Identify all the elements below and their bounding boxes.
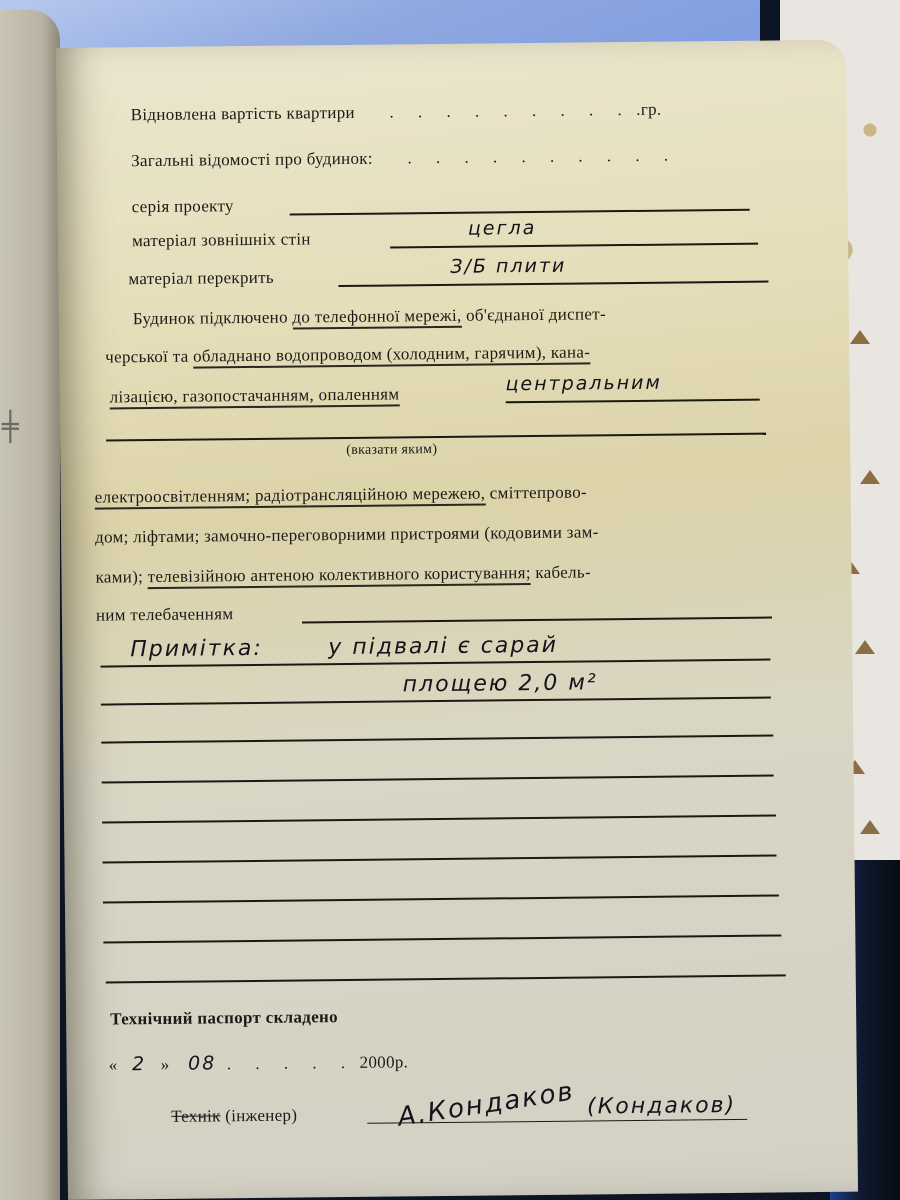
restored-value-label: Відновлена вартість квартири <box>131 103 355 124</box>
hint-text: (вказати яким) <box>346 442 437 458</box>
note-line-4[interactable] <box>102 775 774 784</box>
utilities-text: об'єднаної диспет- <box>461 304 606 325</box>
underlined-telephone: до телефонної мережі, <box>292 306 461 330</box>
signer-name: (Кондаков) <box>587 1093 736 1120</box>
pattern-triangle <box>850 330 870 344</box>
wall-material-value: цегла <box>468 217 537 240</box>
note-line-9[interactable] <box>106 974 786 983</box>
pencil-mark: ╪ <box>2 410 19 443</box>
pattern-triangle <box>855 640 875 654</box>
date-month: 08 <box>188 1052 216 1074</box>
note-line-6[interactable] <box>103 854 777 863</box>
project-series-label: серія проекту <box>132 196 234 216</box>
underlined-water: обладнано водопроводом (холодним, гарячи… <box>193 343 546 369</box>
utilities-text: сміттепрово- <box>485 482 587 502</box>
utilities-line-4: електроосвітленням; радіотрансляційною м… <box>95 480 851 508</box>
note-label: Примітка: <box>130 636 263 662</box>
underlined-tv-antenna: телевізійною антеною колективного корист… <box>148 563 531 589</box>
utilities-text: Будинок підключено <box>133 308 293 329</box>
utilities-line-1: Будинок підключено до телефонної мережі,… <box>133 302 849 329</box>
utilities-text: дом; ліфтами; замочно-переговорними прис… <box>95 522 599 546</box>
restored-value-row: Відновлена вартість квартири . . . . . .… <box>131 98 847 125</box>
utilities-line-5: дом; ліфтами; замочно-переговорними прис… <box>95 520 851 548</box>
date-quote-open: « <box>109 1055 118 1074</box>
compiled-label: Технічний паспорт складено <box>110 1007 338 1028</box>
floor-material-value: З/Б плити <box>450 255 566 278</box>
note-line-5[interactable] <box>102 815 776 824</box>
year-suffix: р. <box>395 1052 409 1071</box>
role-struck: Технік <box>171 1106 221 1126</box>
date-quote-close: » <box>161 1055 170 1074</box>
underlined-gas-heating: лізацією, газопостачанням, опаленням <box>110 384 400 409</box>
general-info-label: Загальні відомості про будинок: <box>131 149 373 171</box>
left-page-edge: ╪ <box>0 10 60 1200</box>
underlined-electricity-radio: електроосвітленням; радіотрансляційною м… <box>95 484 486 510</box>
utilities-line-6: ками); телевізійною антеною колективного… <box>95 560 851 588</box>
note-text-1: у підвалі є сарай <box>328 633 558 660</box>
heating-hint: (вказати яким) <box>346 438 850 459</box>
heating-type-value: центральним <box>505 372 661 396</box>
restored-value-dots: . . . . . . . . . <box>389 100 631 122</box>
floor-material-label: матеріал перекрить <box>128 268 274 289</box>
note-line-7[interactable] <box>103 894 779 903</box>
pattern-triangle <box>860 470 880 484</box>
signature: А.Кондаков <box>396 1076 577 1132</box>
date-row: « 2 » 08 . . . . . 2000р. <box>109 1046 857 1076</box>
utilities-line-3: лізацією, газопостачанням, опаленням <box>110 380 850 408</box>
compiled-row: Технічний паспорт складено <box>110 1002 856 1030</box>
date-year: 2000 <box>360 1053 395 1072</box>
utilities-text: ним телебаченням <box>96 604 234 624</box>
note-line-3[interactable] <box>101 735 773 744</box>
pattern-triangle <box>860 820 880 834</box>
document-page: Відновлена вартість квартири . . . . . .… <box>56 40 858 1200</box>
date-day: 2 <box>132 1053 146 1075</box>
general-info-dots: . . . . . . . . . . <box>407 145 678 167</box>
wall-material-label: матеріал зовнішніх стін <box>132 229 311 250</box>
note-line-8[interactable] <box>103 934 781 943</box>
utilities-text: ками); <box>95 567 147 587</box>
underlined-sewage: кана- <box>546 342 590 364</box>
note-line-2[interactable] <box>101 697 771 706</box>
date-dots: . . . . . <box>227 1053 355 1073</box>
currency-unit: .гр. <box>636 100 661 119</box>
utilities-text: кабель- <box>531 562 591 582</box>
general-info-row: Загальні відомості про будинок: . . . . … <box>131 144 847 171</box>
utilities-text: черської та <box>105 347 193 367</box>
role-engineer: (інженер) <box>225 1106 297 1126</box>
note-text-2: площею 2,0 м² <box>403 670 598 697</box>
utilities-line-2: черської та обладнано водопроводом (холо… <box>105 340 849 368</box>
